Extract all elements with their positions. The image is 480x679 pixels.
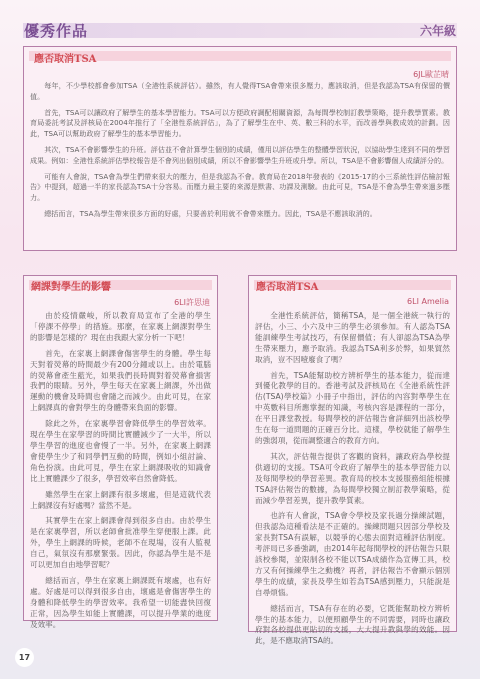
paragraph: 除此之外，在家裏學習會降低學生的學習效率。現在學生在家學習的時間比實體減少了一大… [30, 419, 211, 484]
paragraph: 可能有人會說，TSA會為學生們帶來很大的壓力，但是我認為不會。教育局在2018年… [30, 172, 450, 204]
article-title: 網課對學生的影響 [31, 278, 111, 293]
page-title: 優秀作品 [24, 20, 88, 41]
article-body: 全港性系統評估，簡稱TSA，是一個全港統一執行的評估，小三、小六及中三的學生必須… [255, 311, 450, 652]
article-card-tsa-1: 應否取消TSA 6JL歐芷晴 每年，不少學校都會參加TSA（全港性系統評估）。雖… [23, 46, 457, 251]
article-card-tsa-2: 應否取消TSA 6LI Amelia 全港性系統評估，簡稱TSA，是一個全港統一… [248, 275, 457, 632]
paragraph: 其次，TSA不會影響學生的升班。評估並不會計算學生個別的成績，僅用以評估學生的整… [30, 145, 450, 167]
paragraph: 全港性系統評估，簡稱TSA，是一個全港統一執行的評估，小三、小六及中三的學生必須… [255, 311, 450, 366]
grade-label: 六年級 [420, 22, 456, 39]
paragraph: 也許有人會說，TSA會令學校及家長過分操練試題，但我認為這種看法是不正確的。操練… [255, 511, 450, 598]
paragraph: 由於疫情嚴峻，所以教育局宣布了全港的學生「停課不停學」的措施。那麼，在家裏上網課… [30, 311, 211, 344]
article-title: 應否取消TSA [34, 50, 96, 65]
paragraph: 總括而言，TSA為學生帶來很多方面的好處，只要善於利用就不會帶來壓力。因此，TS… [30, 209, 450, 220]
paragraph: 首先，TSA能幫助校方辨析學生的基本能力，從而達到優化教學的目的。香港考試及評核… [255, 371, 450, 447]
article-title: 應否取消TSA [256, 278, 318, 293]
paragraph: 其次，評估報告提供了客觀的資料，讓政府為學校提供適切的支援。TSA可令政府了解學… [255, 452, 450, 507]
article-author: 6JL歐芷晴 [413, 69, 449, 80]
article-author: 6LI許思迪 [174, 297, 210, 308]
paragraph: 總括而言，學生在家裏上網課既有壞處，也有好處。好處是可以得到很多自由，壞處是會傷… [30, 576, 211, 631]
paragraph: 每年，不少學校都會參加TSA（全港性系統評估）。雖然，有人覺得TSA會帶來很多壓… [30, 81, 450, 103]
page-number: 17 [15, 648, 34, 667]
paragraph: 首先，在家裏上網課會傷害學生的身體。學生每天對着熒幕的時間最少有200分鐘或以上… [30, 349, 211, 414]
article-author: 6LI Amelia [407, 297, 449, 306]
paragraph: 總括而言，TSA有存在的必要，它既能幫助校方辨析學生的基本能力，以便照顧學生的不… [255, 604, 450, 648]
article-body: 每年，不少學校都會參加TSA（全港性系統評估）。雖然，有人覺得TSA會帶來很多壓… [30, 81, 450, 225]
paragraph: 其實學生在家上網課會得到很多自由。由於學生是在家裏學習，所以老師會批准學生穿便服… [30, 516, 211, 571]
page-header-bar [23, 23, 457, 38]
article-card-online-class: 網課對學生的影響 6LI許思迪 由於疫情嚴峻，所以教育局宣布了全港的學生「停課不… [23, 275, 218, 621]
paragraph: 首先，TSA可以讓政府了解學生的基本學習能力。TSA可以方便政府調配相關資源，為… [30, 108, 450, 140]
paragraph: 雖然學生在家上網課有很多壞處，但是這就代表上網課沒有好處嗎？當然不是。 [30, 490, 211, 512]
article-body: 由於疫情嚴峻，所以教育局宣布了全港的學生「停課不停學」的措施。那麼，在家裏上網課… [30, 311, 211, 635]
